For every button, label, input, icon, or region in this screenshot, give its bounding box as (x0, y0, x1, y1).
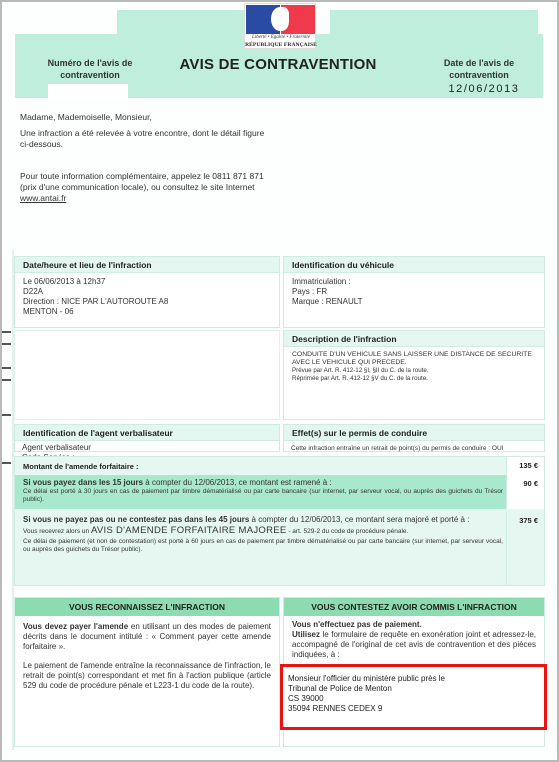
notice-number-field (48, 84, 128, 98)
fine-increased-text: Si vous ne payez pas ou ne contestez pas… (23, 515, 503, 525)
info-prefix: Pour toute information complémentaire, a… (20, 171, 264, 192)
address-line: CS 39000 (288, 694, 539, 704)
intro-text: Une infraction a été relevée à votre enc… (20, 128, 270, 150)
infraction-date: Le 06/06/2013 à 12h37 (23, 277, 271, 287)
address-line: Tribunal de Police de Menton (288, 684, 539, 694)
vehicle-country: Pays : FR (292, 287, 536, 297)
infraction-empty-area (14, 330, 280, 420)
fine-increased-amount: 375 € (506, 511, 544, 585)
pay-fine-emphasis: Vous devez payer l'amende (23, 622, 128, 631)
use-emphasis: Utilisez (292, 630, 320, 639)
fine-amount-section: Montant de l'amende forfaitaire : 135 € … (14, 456, 545, 586)
fold-mark (2, 343, 11, 345)
use-form-text: le formulaire de requête en exonération … (292, 630, 536, 659)
vehicle-box: Identification du véhicule Immatriculati… (283, 256, 545, 328)
address-line: 35094 RENNES CEDEX 9 (288, 704, 539, 714)
notice-date: 12/06/2013 (424, 83, 544, 95)
vehicle-make: Marque : RENAULT (292, 297, 536, 307)
logo-motto: Liberté • Égalité • Fraternité (245, 35, 317, 40)
vehicle-plate: Immatriculation : (292, 277, 536, 287)
notice-prefix: Vous recevrez alors un (23, 528, 91, 535)
panel-title: VOUS RECONNAISSEZ L'INFRACTION (15, 598, 279, 616)
infraction-law-penalty: Réprimée par Art. R. 412-12 §V du C. de … (292, 375, 536, 383)
infraction-time-place-box: Date/heure et lieu de l'infraction Le 06… (14, 256, 280, 328)
fine-reduced-row: Si vous payez dans les 15 jours à compte… (15, 475, 544, 509)
marianne-icon (271, 7, 289, 31)
no-payment-text: Vous n'effectuez pas de paiement. (292, 620, 536, 630)
infraction-road: D22A (23, 287, 271, 297)
panel-body: Vous n'effectuez pas de paiement. Utilis… (284, 616, 544, 666)
fine-increased-condition: Si vous ne payez pas ou ne contestez pas… (23, 515, 249, 524)
fine-increased-notice: Vous recevrez alors un AVIS D'AMENDE FOR… (23, 527, 503, 536)
acknowledge-p1: Vous devez payer l'amende en utilisant u… (23, 622, 271, 652)
section-title: Date/heure et lieu de l'infraction (15, 257, 279, 273)
acknowledge-p2: Le paiement de l'amende entraîne la reco… (23, 661, 271, 691)
section-body: CONDUITE D'UN VEHICULE SANS LAISSER UNE … (284, 347, 544, 387)
fold-mark (2, 414, 11, 416)
fine-increased-row: Si vous ne payez pas ou ne contestez pas… (15, 511, 544, 585)
section-title: Identification du véhicule (284, 257, 544, 273)
fold-mark (2, 367, 11, 369)
notice-date-label: Date de l'avis de contravention (424, 57, 534, 81)
infraction-law-provided: Prévue par Art. R. 412-12 §I, §II du C. … (292, 367, 536, 375)
antai-link[interactable]: www.antai.fr (20, 193, 66, 203)
panel-title: VOUS CONTESTEZ AVOIR COMMIS L'INFRACTION (284, 598, 544, 616)
fine-reduced-condition: Si vous payez dans les 15 jours (23, 478, 143, 487)
salutation: Madame, Mademoiselle, Monsieur, (20, 112, 270, 123)
fine-reduced-detail: Ce délai est porté à 30 jours en cas de … (23, 488, 503, 504)
section-body: Le 06/06/2013 à 12h37 D22A Direction : N… (15, 273, 279, 321)
panel-body: Vous devez payer l'amende en utilisant u… (15, 616, 279, 706)
license-effect-text: Cette infraction entraîne un retrait de … (283, 441, 545, 457)
infraction-direction: Direction : NICE PAR L'AUTOROUTE A8 (23, 297, 271, 307)
notice-suffix: - art. 529-2 du code de procédure pénale… (287, 528, 409, 535)
republique-francaise-logo: Liberté • Égalité • Fraternité RÉPUBLIQU… (244, 3, 316, 49)
address-line: Monsieur l'officier du ministère public … (288, 674, 539, 684)
section-body: Immatriculation : Pays : FR Marque : REN… (284, 273, 544, 311)
section-title: Identification de l'agent verbalisateur (15, 425, 279, 441)
description-box: Description de l'infraction CONDUITE D'U… (283, 330, 545, 420)
acknowledge-panel: VOUS RECONNAISSEZ L'INFRACTION Vous deve… (14, 597, 280, 747)
fine-increased-clause: à compter du 12/06/2013, ce montant sera… (249, 515, 469, 524)
fine-reduced-text: Si vous payez dans les 15 jours à compte… (23, 478, 503, 488)
section-title: Description de l'infraction (284, 331, 544, 347)
notice-number-label: Numéro de l'avis de contravention (40, 57, 140, 81)
logo-name: RÉPUBLIQUE FRANÇAISE (245, 42, 317, 48)
contest-address-highlight: Monsieur l'officier du ministère public … (280, 664, 547, 730)
section-title: Effet(s) sur le permis de conduire (284, 425, 544, 441)
info-text: Pour toute information complémentaire, a… (20, 171, 270, 204)
fine-reduced-clause: à compter du 12/06/2013, ce montant est … (143, 478, 332, 487)
fine-increased-detail: Ce délai de paiement (et non de contesta… (23, 538, 503, 554)
page-title: AVIS DE CONTRAVENTION (178, 56, 378, 73)
agent-label: Agent verbalisateur (22, 443, 272, 453)
fine-reduced-amount: 90 € (506, 475, 544, 509)
fine-label: Montant de l'amende forfaitaire : (23, 462, 139, 471)
infraction-description: CONDUITE D'UN VEHICULE SANS LAISSER UNE … (292, 351, 536, 367)
contest-instructions: Utilisez le formulaire de requête en exo… (292, 630, 536, 660)
infraction-city: MENTON - 06 (23, 307, 271, 317)
fine-base-row: Montant de l'amende forfaitaire : 135 € (15, 457, 544, 475)
fine-base-amount: 135 € (506, 457, 544, 475)
fold-mark (2, 462, 11, 464)
fold-mark (2, 331, 11, 333)
fold-mark (2, 379, 11, 381)
notice-caps: AVIS D'AMENDE FORFAITAIRE MAJOREE (91, 525, 287, 536)
